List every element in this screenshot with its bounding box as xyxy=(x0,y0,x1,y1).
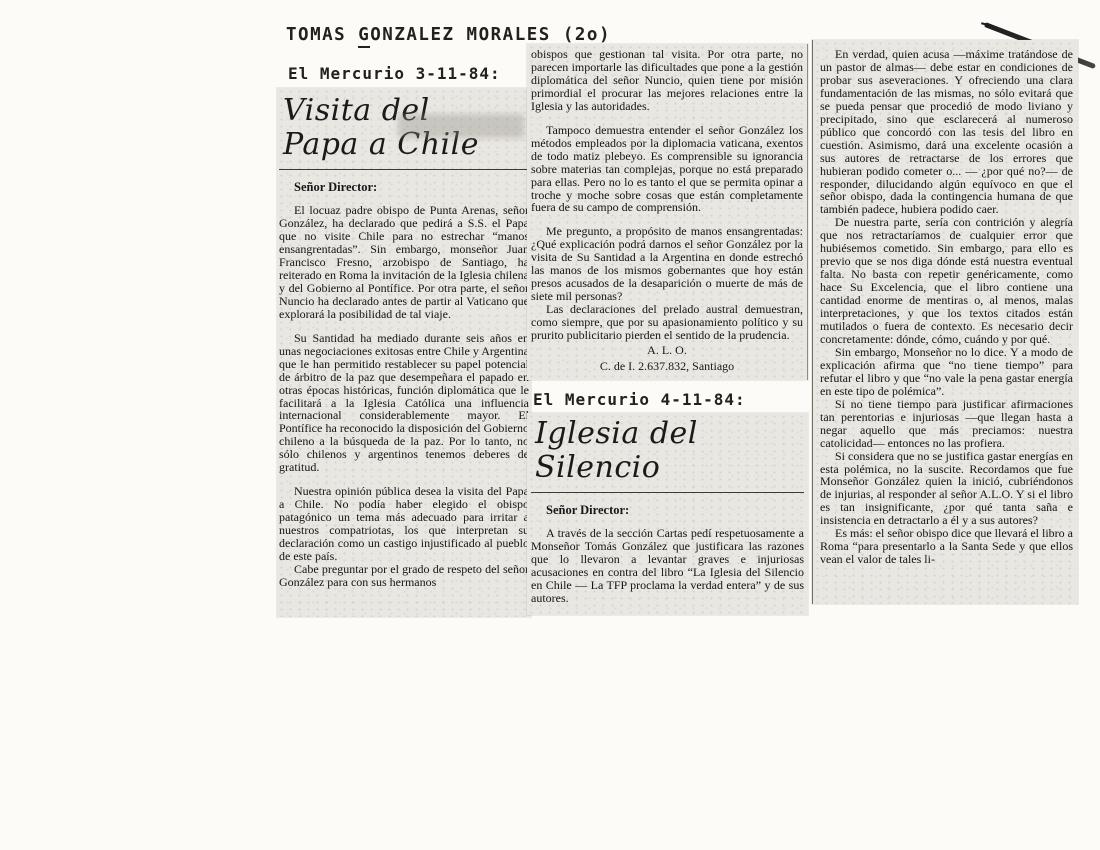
clipping1-signature: A. L. O. xyxy=(531,343,803,358)
scan-smudge-artifact xyxy=(398,114,524,138)
clipping2-salutation: Señor Director: xyxy=(531,503,804,518)
archive-label-underlined-letter: G xyxy=(358,25,370,48)
clipping1-signature-id: C. de I. 2.637.832, Santiago xyxy=(531,359,803,374)
archive-label-rest: ONZALEZ MORALES (2o) xyxy=(370,25,611,45)
clipping1-column2: obispos que gestionan tal visita. Por ot… xyxy=(527,44,808,380)
clipping2-paragraph: A través de la sección Cartas pedí respe… xyxy=(531,527,804,605)
clipping2-paragraph: Si considera que no se justifica gastar … xyxy=(820,450,1073,528)
clipping1-salutation: Señor Director: xyxy=(279,180,529,195)
clipping2-column1: Iglesia del Silencio Señor Director: A t… xyxy=(527,413,808,615)
clipping1-paragraph: El locuaz padre obispo de Punta Arenas, … xyxy=(279,204,529,321)
clipping1-paragraph: Su Santidad ha mediado durante seis años… xyxy=(279,332,529,474)
headline-rule xyxy=(279,169,529,170)
archive-label-prefix: TOMAS xyxy=(286,25,358,45)
column2: obispos que gestionan tal visita. Por ot… xyxy=(527,44,808,615)
clipping1-date-label: El Mercurio 3-11-84: xyxy=(288,64,501,83)
clipping2-paragraph: Si no tiene tiempo para justificar afirm… xyxy=(820,398,1073,450)
scanned-document-page: TOMAS GONZALEZ MORALES (2o) El Mercurio … xyxy=(0,0,1100,850)
clipping1-paragraph: Me pregunto, a propósito de manos ensang… xyxy=(531,225,803,303)
headline-rule xyxy=(531,492,804,493)
clipping2-headline: Iglesia del Silencio xyxy=(531,415,804,490)
clipping2-paragraph: Sin embargo, Monseñor no lo dice. Y a mo… xyxy=(820,346,1073,398)
archive-label: TOMAS GONZALEZ MORALES (2o) xyxy=(286,25,611,45)
clipping2-date-label: El Mercurio 4-11-84: xyxy=(533,390,808,409)
clipping1-paragraph: Tampoco demuestra entender el señor Gonz… xyxy=(531,124,803,215)
clipping1-column1: Visita del Papa a Chile Señor Director: … xyxy=(277,88,531,617)
clipping1-paragraph: Nuestra opinión pública desea la visita … xyxy=(279,485,529,563)
clipping2-paragraph: Es más: el señor obispo dice que llevará… xyxy=(820,527,1073,566)
clipping1-paragraph: obispos que gestionan tal visita. Por ot… xyxy=(531,48,803,113)
clipping2-paragraph: De nuestra parte, sería con contrición y… xyxy=(820,216,1073,346)
clipping1-paragraph: Cabe preguntar por el grado de respeto d… xyxy=(279,563,529,589)
clipping2-paragraph: En verdad, quien acusa —máxime tratándos… xyxy=(820,48,1073,216)
clipping1-paragraph: Las declaraciones del prelado austral de… xyxy=(531,303,803,342)
clipping2-column2: En verdad, quien acusa —máxime tratándos… xyxy=(812,40,1078,604)
